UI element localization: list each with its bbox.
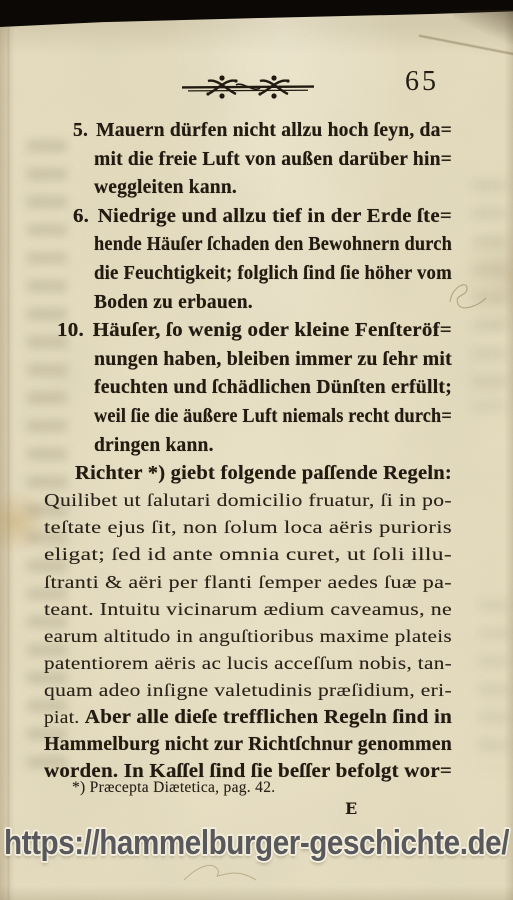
numbered-rule-list: 5.Mauern dürfen nicht allzu hoch ſeyn, d… [44,117,452,460]
verso-showthrough-right [479,600,509,770]
left-fold-line [8,26,9,900]
text-line: dringen kann. [44,432,452,461]
page-number: 65 [405,66,439,98]
line-text-antiqua: teant. Intuitu vicinarum ædium caveamus,… [44,599,452,619]
list-item-number: 10. [57,320,84,341]
watermark: https://hammelburger-geschichte.de/ [4,824,509,870]
text-line: Quilibet ut ſalutari domicilio fruatur, … [44,487,452,514]
text-line: teſtate ejus ſit, non ſolum loca aëris p… [44,514,452,541]
text-line: ſtranti & aëri per flanti ſemper aedes ſ… [44,569,452,596]
line-text-antiqua: Quilibet ut ſalutari domicilio fruatur, … [44,490,452,510]
verso-showthrough-right [473,180,507,410]
text-line: piat. Aber alle dieſe trefflichen Regeln… [44,704,452,731]
text-line: die Feuchtigkeit; folglich ſind ſie höhe… [44,260,452,289]
watermark-url: https://hammelburger-geschichte.de/ [4,824,509,863]
text-line: feuchten und ſchädlichen Dünſten erfüllt… [44,374,452,403]
header-ornament-icon [180,72,316,104]
text-line: 6.Niedrige und allzu tief in der Erde ſt… [44,203,452,232]
text-line: eligat; ſed id ante omnia curet, ut ſoli… [44,541,452,568]
line-text-fraktur: Hammelburg nicht zur Richtſchnur genomme… [44,734,452,755]
text-line: Richter *) giebt folgende paſſende Regel… [44,460,452,487]
line-text: weggleiten kann. [94,174,237,203]
signature-mark: E [345,799,357,818]
text-line: hende Häuſer ſchaden den Bewohnern durch [44,231,452,260]
line-text: Niedrige und allzu tief in der Erde ſte= [98,206,452,227]
text-line: Hammelburg nicht zur Richtſchnur genomme… [44,731,452,758]
line-text: weil ſie die äußere Luft niemals recht d… [94,403,452,432]
text-line: quam adeo inſigne valetudinis præſidium,… [44,677,452,704]
list-item-number: 6. [73,206,89,227]
line-text-antiqua: eligat; ſed id ante omnia curet, ut ſoli… [44,544,452,564]
book-page-scan: 65 5.Mauern dürfen nicht allzu hoch ſeyn… [0,0,513,900]
line-text-fraktur: Richter *) giebt folgende paſſende Regel… [75,463,452,484]
text-line: teant. Intuitu vicinarum ædium caveamus,… [44,596,452,623]
line-text: mit die freie Luft von außen darüber hin… [94,146,452,175]
line-text: dringen kann. [94,432,214,461]
text-line: 5.Mauern dürfen nicht allzu hoch ſeyn, d… [44,117,452,146]
line-text-antiqua: piat. [44,707,85,727]
footnote: *) Præcepta Diætetica, pag. 42. [72,779,275,797]
text-line: 10.Häuſer, ſo wenig oder kleine Fenſterö… [44,317,452,346]
line-text: die Feuchtigkeit; folglich ſind ſie höhe… [94,260,452,289]
text-block: 5.Mauern dürfen nicht allzu hoch ſeyn, d… [44,117,452,785]
text-line: Boden zu erbauen. [44,289,452,318]
line-text-antiqua: teſtate ejus ſit, non ſolum loca aëris p… [44,517,452,537]
line-text-antiqua: ſtranti & aëri per flanti ſemper aedes ſ… [44,572,452,592]
text-line: weil ſie die äußere Luft niemals recht d… [44,403,452,432]
line-text-antiqua: earum altitudo in anguſtioribus maxime p… [44,626,452,646]
text-line: patentiorem aëris ac lucis acceſſum nobi… [44,650,452,677]
line-text: Mauern dürfen nicht allzu hoch ſeyn, da= [96,120,452,141]
line-text-antiqua: quam adeo inſigne valetudinis præſidium,… [44,680,452,700]
line-text: feuchten und ſchädlichen Dünſten erfüllt… [94,374,452,403]
line-text-antiqua: patentiorem aëris ac lucis acceſſum nobi… [44,653,452,673]
line-text: Häuſer, ſo wenig oder kleine Fenſteröf= [93,320,452,341]
text-line: weggleiten kann. [44,174,452,203]
scan-black-edge [0,0,513,27]
text-line: mit die freie Luft von außen darüber hin… [44,146,452,175]
text-line: earum altitudo in anguſtioribus maxime p… [44,623,452,650]
list-item-number: 5. [73,120,88,141]
line-text: nungen haben, bleiben immer zu ſehr mit [94,346,452,375]
line-text-fraktur: Aber alle dieſe trefflichen Regeln ſind … [85,707,452,728]
richter-paragraph: Richter *) giebt folgende paſſende Regel… [44,460,452,785]
line-text: Boden zu erbauen. [94,289,253,318]
line-text: hende Häuſer ſchaden den Bewohnern durch [94,231,452,260]
text-line: nungen haben, bleiben immer zu ſehr mit [44,346,452,375]
page-corner-shadow [453,10,513,44]
